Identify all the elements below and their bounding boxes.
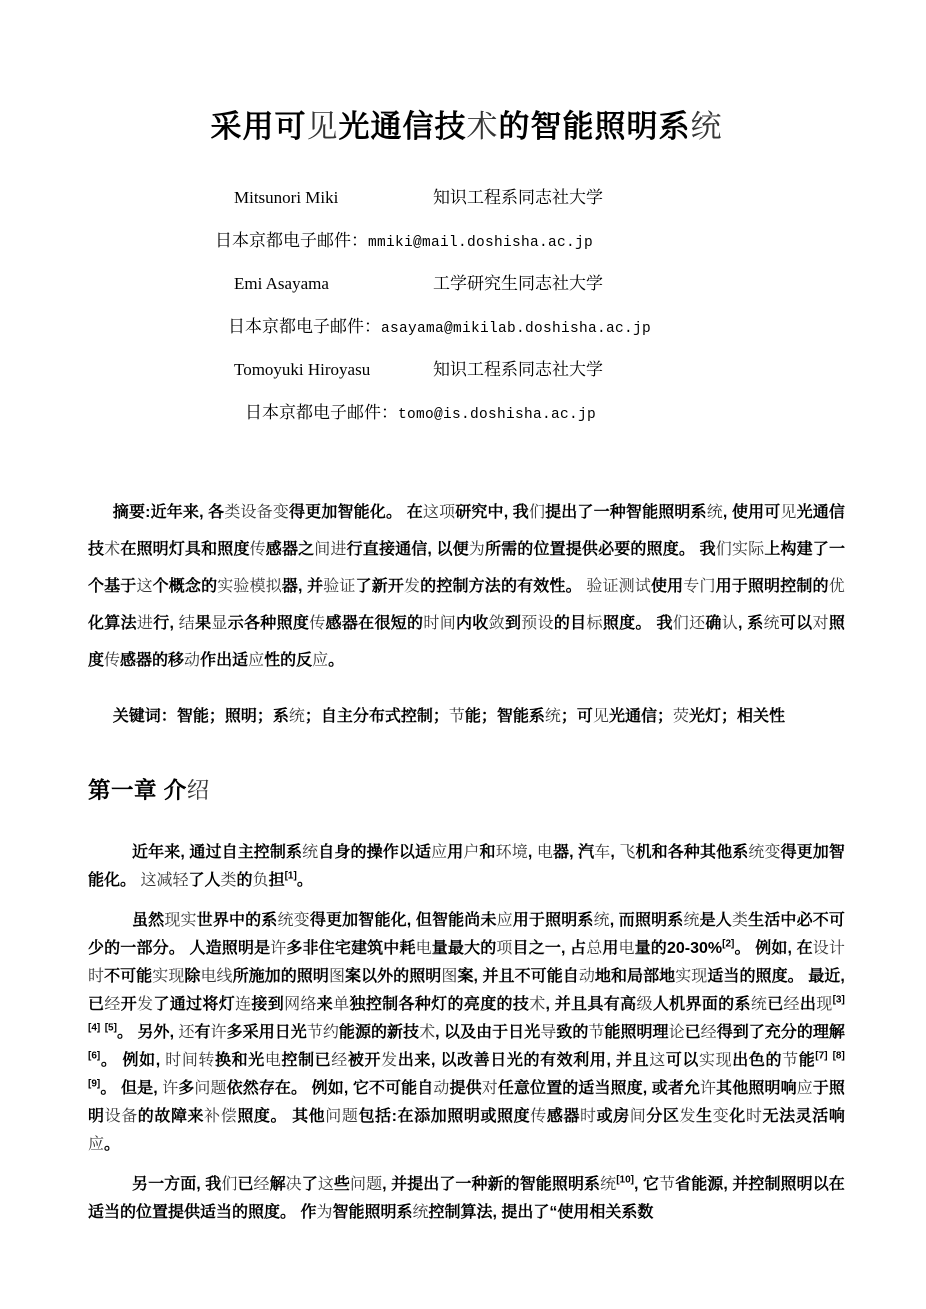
author-affiliation: 工学研究生同志社大学	[433, 274, 603, 293]
paper-title: 采用可见光通信技术的智能照明系统	[88, 0, 845, 148]
abstract-text: 近年来, 各类设备变得更加智能化。 在这项研究中, 我们提出了一种智能照明系统,…	[88, 504, 845, 669]
email-label: 日本京都电子邮件：	[228, 317, 381, 336]
abstract-label: 摘要:	[113, 504, 151, 521]
email-label: 日本京都电子邮件：	[215, 231, 368, 250]
paper-page: 采用可见光通信技术的智能照明系统 Mitsunori Miki知识工程系同志社大…	[0, 0, 926, 1309]
authors-block: Mitsunori Miki知识工程系同志社大学 日本京都电子邮件：mmiki@…	[88, 176, 845, 434]
author-row: Mitsunori Miki知识工程系同志社大学	[234, 176, 845, 219]
body-paragraph: 虽然现实世界中的系统变得更加智能化, 但智能尚未应用于照明系统, 而照明系统是人…	[88, 907, 845, 1159]
author-name: Tomoyuki Hiroyasu	[234, 348, 433, 391]
keywords-line: 关键词：智能；照明；系统；自主分布式控制；节能；智能系统；可见光通信；荧光灯；相…	[88, 705, 845, 729]
author-name: Emi Asayama	[234, 262, 433, 305]
author-row: Emi Asayama工学研究生同志社大学	[234, 262, 845, 305]
author-affiliation: 知识工程系同志社大学	[433, 360, 603, 379]
email-label: 日本京都电子邮件：	[245, 403, 398, 422]
abstract-paragraph: 摘要:近年来, 各类设备变得更加智能化。 在这项研究中, 我们提出了一种智能照明…	[88, 494, 845, 679]
author-affiliation: 知识工程系同志社大学	[433, 188, 603, 207]
author-email-row: 日本京都电子邮件：tomo@is.doshisha.ac.jp	[245, 391, 845, 434]
email-address: mmiki@mail.doshisha.ac.jp	[368, 235, 593, 251]
email-address: tomo@is.doshisha.ac.jp	[398, 407, 596, 423]
author-row: Tomoyuki Hiroyasu知识工程系同志社大学	[234, 348, 845, 391]
body-paragraph: 另一方面, 我们已经解决了这些问题, 并提出了一种新的智能照明系统[10], 它…	[88, 1171, 845, 1227]
author-email-row: 日本京都电子邮件：mmiki@mail.doshisha.ac.jp	[215, 219, 845, 262]
keywords-label: 关键词：	[113, 708, 177, 725]
author-email-row: 日本京都电子邮件：asayama@mikilab.doshisha.ac.jp	[228, 305, 845, 348]
body-paragraph: 近年来, 通过自主控制系统自身的操作以适应用户和环境, 电器, 汽车, 飞机和各…	[88, 839, 845, 895]
email-address: asayama@mikilab.doshisha.ac.jp	[381, 321, 651, 337]
keywords-text: 智能；照明；系统；自主分布式控制；节能；智能系统；可见光通信；荧光灯；相关性	[177, 708, 785, 725]
section-heading-chapter1: 第一章 介绍	[88, 773, 845, 805]
author-name: Mitsunori Miki	[234, 176, 433, 219]
